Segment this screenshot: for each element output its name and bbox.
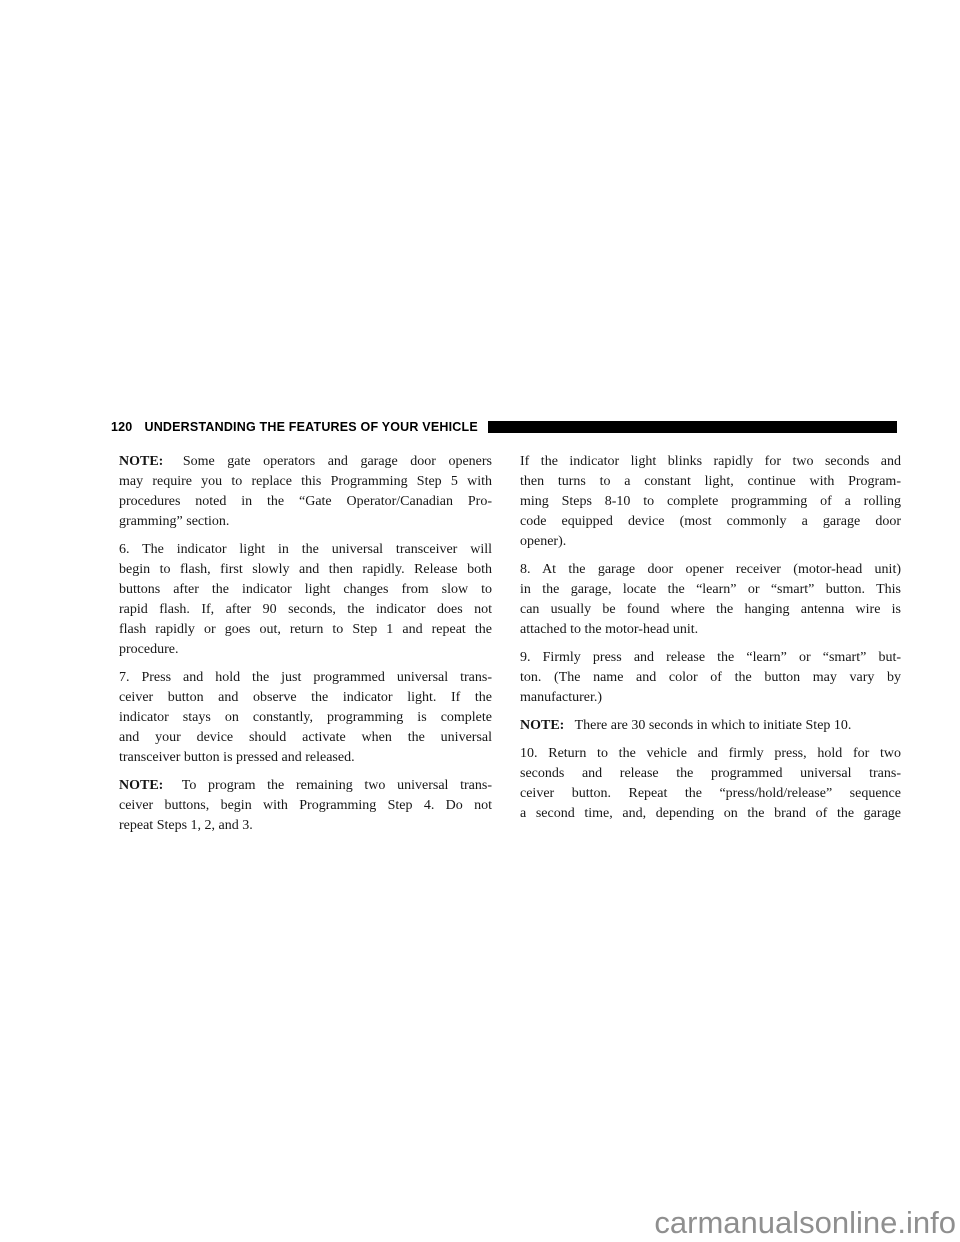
text-line: ceiver buttons, begin with Programming S…	[119, 796, 492, 816]
text-line: 7. Press and hold the just programmed un…	[119, 668, 492, 688]
text-column-right: If the indicator light blinks rapidly fo…	[520, 452, 901, 832]
note-label: NOTE:	[520, 718, 571, 733]
text-line: 9. Firmly press and release the “learn” …	[520, 648, 901, 668]
text-line: repeat Steps 1, 2, and 3.	[119, 816, 492, 836]
text-line: in the garage, locate the “learn” or “sm…	[520, 580, 901, 600]
text-line: rapid flash. If, after 90 seconds, the i…	[119, 600, 492, 620]
text-line: 6. The indicator light in the universal …	[119, 540, 492, 560]
text-line: ton. (The name and color of the button m…	[520, 668, 901, 688]
text-line: manufacturer.)	[520, 688, 901, 708]
text-line: attached to the motor-head unit.	[520, 620, 901, 640]
text-line: If the indicator light blinks rapidly fo…	[520, 452, 901, 472]
text-line: ceiver button. Repeat the “press/hold/re…	[520, 784, 901, 804]
note-label: NOTE:	[119, 454, 170, 469]
text-line: 10. Return to the vehicle and firmly pre…	[520, 744, 901, 764]
text-line: NOTE: Some gate operators and garage doo…	[119, 452, 492, 472]
text-line: NOTE: There are 30 seconds in which to i…	[520, 716, 901, 736]
running-header: 120 UNDERSTANDING THE FEATURES OF YOUR V…	[111, 420, 897, 434]
header-rule-bar	[488, 421, 897, 433]
body-paragraph: 9. Firmly press and release the “learn” …	[520, 648, 901, 708]
text-line: gramming” section.	[119, 512, 492, 532]
text-line: then turns to a constant light, continue…	[520, 472, 901, 492]
text-line: begin to flash, first slowly and then ra…	[119, 560, 492, 580]
text-line: and your device should activate when the…	[119, 728, 492, 748]
text-line: may require you to replace this Programm…	[119, 472, 492, 492]
text-line: ming Steps 8-10 to complete programming …	[520, 492, 901, 512]
text-line: a second time, and, depending on the bra…	[520, 804, 901, 824]
text-line: transceiver button is pressed and releas…	[119, 748, 492, 768]
text-line: opener).	[520, 532, 901, 552]
watermark: carmanualsonline.info	[654, 1205, 956, 1241]
body-paragraph: 10. Return to the vehicle and firmly pre…	[520, 744, 901, 824]
note-label: NOTE:	[119, 778, 170, 793]
note-paragraph: NOTE: To program the remaining two unive…	[119, 776, 492, 836]
text-line: 8. At the garage door opener receiver (m…	[520, 560, 901, 580]
text-line: can usually be found where the hanging a…	[520, 600, 901, 620]
body-paragraph: 6. The indicator light in the universal …	[119, 540, 492, 660]
text-column-left: NOTE: Some gate operators and garage doo…	[119, 452, 492, 844]
text-line: procedure.	[119, 640, 492, 660]
body-paragraph: 7. Press and hold the just programmed un…	[119, 668, 492, 768]
text-line: indicator stays on constantly, programmi…	[119, 708, 492, 728]
body-paragraph: 8. At the garage door opener receiver (m…	[520, 560, 901, 640]
text-line: flash rapidly or goes out, return to Ste…	[119, 620, 492, 640]
chapter-title: UNDERSTANDING THE FEATURES OF YOUR VEHIC…	[144, 420, 477, 434]
text-line: procedures noted in the “Gate Operator/C…	[119, 492, 492, 512]
note-paragraph: NOTE: Some gate operators and garage doo…	[119, 452, 492, 532]
text-line: seconds and release the programmed unive…	[520, 764, 901, 784]
body-paragraph: If the indicator light blinks rapidly fo…	[520, 452, 901, 552]
note-paragraph: NOTE: There are 30 seconds in which to i…	[520, 716, 901, 736]
text-line: ceiver button and observe the indicator …	[119, 688, 492, 708]
page-number: 120	[111, 420, 132, 434]
text-line: buttons after the indicator light change…	[119, 580, 492, 600]
text-line: NOTE: To program the remaining two unive…	[119, 776, 492, 796]
manual-page: 120 UNDERSTANDING THE FEATURES OF YOUR V…	[0, 0, 960, 1242]
text-line: code equipped device (most commonly a ga…	[520, 512, 901, 532]
